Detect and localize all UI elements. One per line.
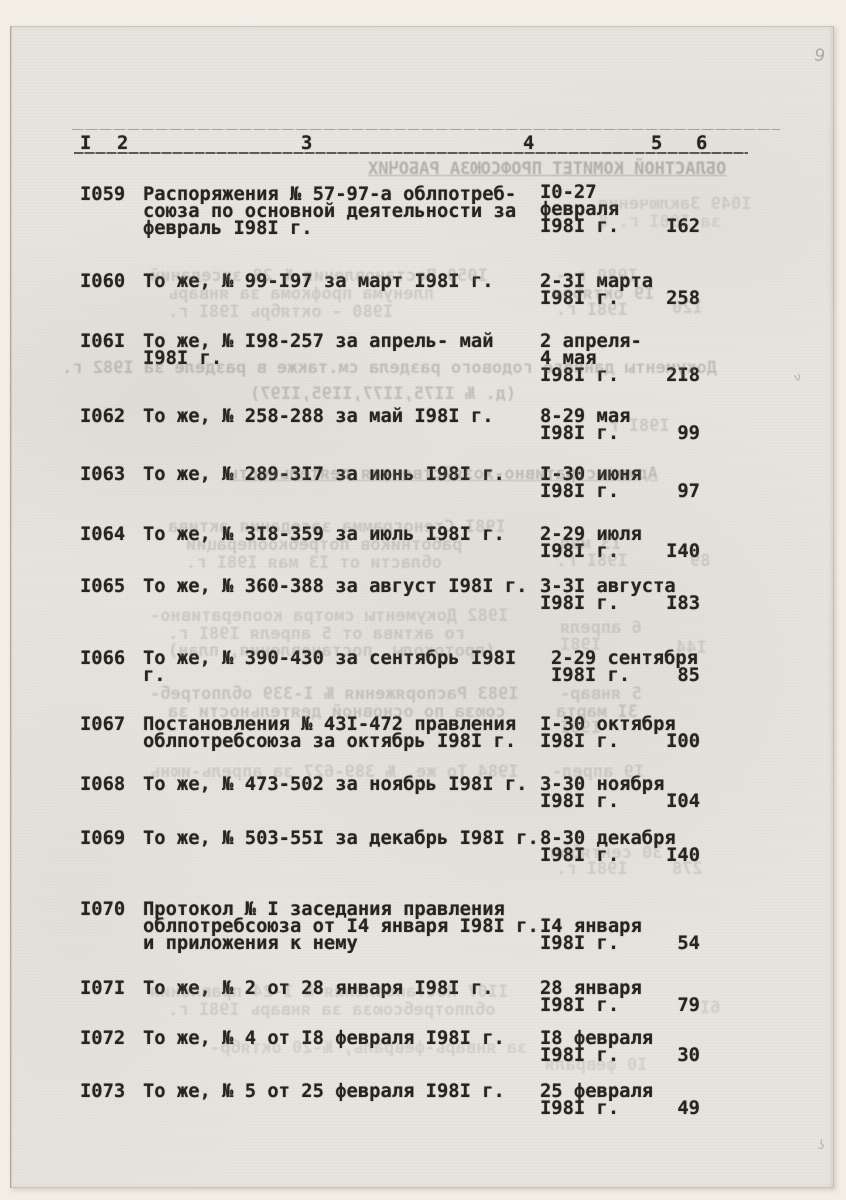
column-number-5: 5	[651, 135, 662, 152]
bleedthrough-text: I980 г.-	[556, 268, 638, 286]
bleedthrough-text: II07 Постановления № I-24 правления	[150, 984, 508, 1002]
row-number: I060	[80, 273, 125, 290]
row-description: То же, № 258-288 за май I98I г.	[143, 408, 543, 425]
bleedthrough-text: I049 Заключение	[598, 196, 752, 214]
bleedthrough-text: пленума профкома за январь	[168, 286, 434, 304]
column-number-4: 4	[523, 135, 534, 152]
row-number: I070	[80, 901, 125, 918]
row-description: То же, № 5 от 25 февраля I98I г.	[143, 1083, 543, 1100]
row-sheet-count: I83	[600, 595, 700, 612]
bleedthrough-text: 5 январ-	[560, 686, 642, 704]
bleedthrough-text: I050 Постановления № 28 заседаний	[150, 268, 488, 286]
row-number: I07I	[80, 980, 125, 997]
bleedthrough-text: (д. № II75,II77,II95,II97)	[250, 386, 516, 404]
column-number-2: 2	[117, 135, 128, 152]
bleedthrough-text: области от I3 мая I98I г.	[186, 555, 442, 573]
bleedthrough-text: ОБЛАСТНОЙ КОМИТЕТ ПРОФСОЮЗА РАБОЧИХ	[368, 161, 726, 179]
bleedthrough-text: I20	[672, 300, 703, 318]
column-number-3: 3	[301, 135, 312, 152]
scanned-document-page: I 2 3 4 5 6 I059 Распоряжения № 57-97-а …	[0, 0, 846, 1200]
bleedthrough-text: (протоколы, постановления, план)	[168, 643, 496, 661]
row-number: I073	[80, 1083, 125, 1100]
row-number: I064	[80, 526, 125, 543]
row-sheet-count: I00	[600, 733, 700, 750]
bleedthrough-text: Административно-хозяйственная деятельнос…	[228, 466, 658, 484]
header-rule-main	[74, 152, 748, 154]
bleedthrough-text: за I98I г. 8	[598, 214, 721, 232]
row-number: I062	[80, 408, 125, 425]
row-number: I066	[80, 650, 125, 667]
bleedthrough-text: 6I	[700, 1000, 720, 1018]
column-number-1: I	[80, 135, 91, 152]
row-sheet-count: 49	[600, 1100, 700, 1117]
bleedthrough-text: за январь-февраль, №-20 октябр-	[210, 1040, 527, 1058]
row-number: I063	[80, 466, 125, 483]
bleedthrough-text: союза по основной деятельности за	[168, 704, 506, 722]
bleedthrough-text: 278	[672, 861, 703, 879]
bleedthrough-text: I44	[676, 640, 707, 658]
bleedthrough-text: работников потребкооперации	[186, 537, 462, 555]
row-sheet-count: 79	[600, 997, 700, 1014]
row-sheet-count: 97	[600, 483, 700, 500]
bleedthrough-text: I983 Распоряжения № I-339 облпотреб-	[150, 686, 518, 704]
bleedthrough-text: облпотребсоюза за январь I98I г.	[168, 1002, 496, 1020]
bleedthrough-text: I0 февраля	[545, 1057, 647, 1075]
header-rule-top	[72, 129, 780, 130]
bleedthrough-text: I98I г.	[556, 553, 628, 571]
bleedthrough-text: 89	[690, 553, 710, 571]
row-description: То же, № 503-55I за декабрь I98I г.	[143, 830, 543, 847]
row-number: I069	[80, 830, 125, 847]
row-description: Протокол № I заседания правления облпотр…	[143, 901, 543, 952]
bleedthrough-text: Документы данного годового раздела см.та…	[62, 360, 717, 378]
bleedthrough-text: I984 То же, № 389-627 за апрель-июнь	[150, 764, 518, 782]
row-number: I065	[80, 578, 125, 595]
bleedthrough-text: I98I г.	[556, 861, 628, 879]
row-number: I059	[80, 186, 125, 203]
column-number-6: 6	[696, 135, 707, 152]
bleedthrough-text: I98I г.	[598, 418, 670, 436]
row-sheet-count: I04	[600, 793, 700, 810]
bleedthrough-text: I980 - октябрь I98I г.	[168, 304, 393, 322]
bleedthrough-text: I98I	[560, 720, 601, 738]
bleedthrough-text: I9 апрел-	[552, 764, 644, 782]
bleedthrough-text: I98I г.	[556, 302, 628, 320]
row-description: То же, № 360-388 за август I98I г.	[143, 578, 543, 595]
bleedthrough-text: I98I Стенограмма заседания актива	[168, 519, 506, 537]
row-number: I072	[80, 1030, 125, 1047]
row-number: I06I	[80, 333, 125, 350]
bleedthrough-text: I982 Документы смотра кооперативно-	[150, 608, 508, 626]
row-sheet-count: 85	[600, 667, 700, 684]
row-number: I067	[80, 716, 125, 733]
row-number: I068	[80, 776, 125, 793]
bleedthrough-text: I98I	[560, 637, 601, 655]
row-sheet-count: 54	[600, 935, 700, 952]
row-description: Распоряжения № 57-97-а облпотреб- союза …	[143, 186, 543, 237]
